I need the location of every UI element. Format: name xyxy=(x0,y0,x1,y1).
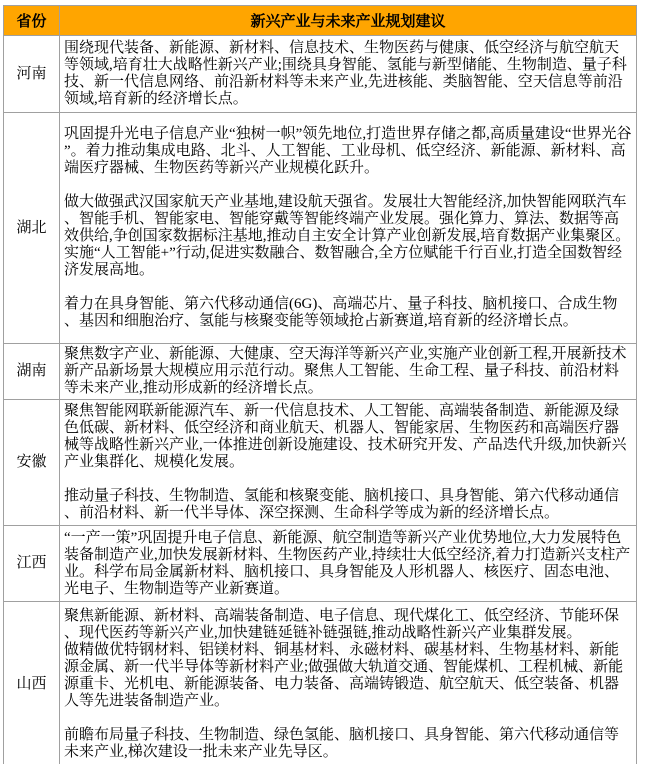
plan-cell: 聚焦新能源、新材料、高端装备制造、电子信息、现代煤化工、低空经济、节能环保、现代… xyxy=(60,602,637,764)
table-row: 山西 聚焦新能源、新材料、高端装备制造、电子信息、现代煤化工、低空经济、节能环保… xyxy=(4,602,637,764)
plan-cell: 围绕现代装备、新能源、新材料、信息技术、生物医药与健康、低空经济与航空航天等领域… xyxy=(60,36,637,113)
province-cell: 安徽 xyxy=(4,400,60,526)
header-row: 省份 新兴产业与未来产业规划建议 xyxy=(4,6,637,36)
planning-table-page: 省份 新兴产业与未来产业规划建议 河南 围绕现代装备、新能源、新材料、信息技术、… xyxy=(0,0,648,764)
table-row: 河南 围绕现代装备、新能源、新材料、信息技术、生物医药与健康、低空经济与航空航天… xyxy=(4,36,637,113)
table-row: 湖北 巩固提升光电子信息产业“独树一帜”领先地位,打造世界存储之都,高质量建设“… xyxy=(4,113,637,344)
province-cell: 山西 xyxy=(4,602,60,764)
plan-cell: “一产一策”巩固提升电子信息、新能源、航空制造等新兴产业优势地位,大力发展特色装… xyxy=(60,526,637,602)
header-cell-plan: 新兴产业与未来产业规划建议 xyxy=(60,6,637,36)
table-header: 省份 新兴产业与未来产业规划建议 xyxy=(4,6,637,36)
plan-cell: 聚焦数字产业、新能源、大健康、空天海洋等新兴产业,实施产业创新工程,开展新技术新… xyxy=(60,344,637,400)
province-cell: 湖北 xyxy=(4,113,60,344)
plan-cell: 巩固提升光电子信息产业“独树一帜”领先地位,打造世界存储之都,高质量建设“世界光… xyxy=(60,113,637,344)
table-row: 江西 “一产一策”巩固提升电子信息、新能源、航空制造等新兴产业优势地位,大力发展… xyxy=(4,526,637,602)
table-row: 湖南 聚焦数字产业、新能源、大健康、空天海洋等新兴产业,实施产业创新工程,开展新… xyxy=(4,344,637,400)
header-cell-province: 省份 xyxy=(4,6,60,36)
table-body: 河南 围绕现代装备、新能源、新材料、信息技术、生物医药与健康、低空经济与航空航天… xyxy=(4,36,637,764)
province-cell: 湖南 xyxy=(4,344,60,400)
province-cell: 河南 xyxy=(4,36,60,113)
table-row: 安徽 聚焦智能网联新能源汽车、新一代信息技术、人工智能、高端装备制造、新能源及绿… xyxy=(4,400,637,526)
province-cell: 江西 xyxy=(4,526,60,602)
planning-table: 省份 新兴产业与未来产业规划建议 河南 围绕现代装备、新能源、新材料、信息技术、… xyxy=(3,5,637,764)
plan-cell: 聚焦智能网联新能源汽车、新一代信息技术、人工智能、高端装备制造、新能源及绿色低碳… xyxy=(60,400,637,526)
